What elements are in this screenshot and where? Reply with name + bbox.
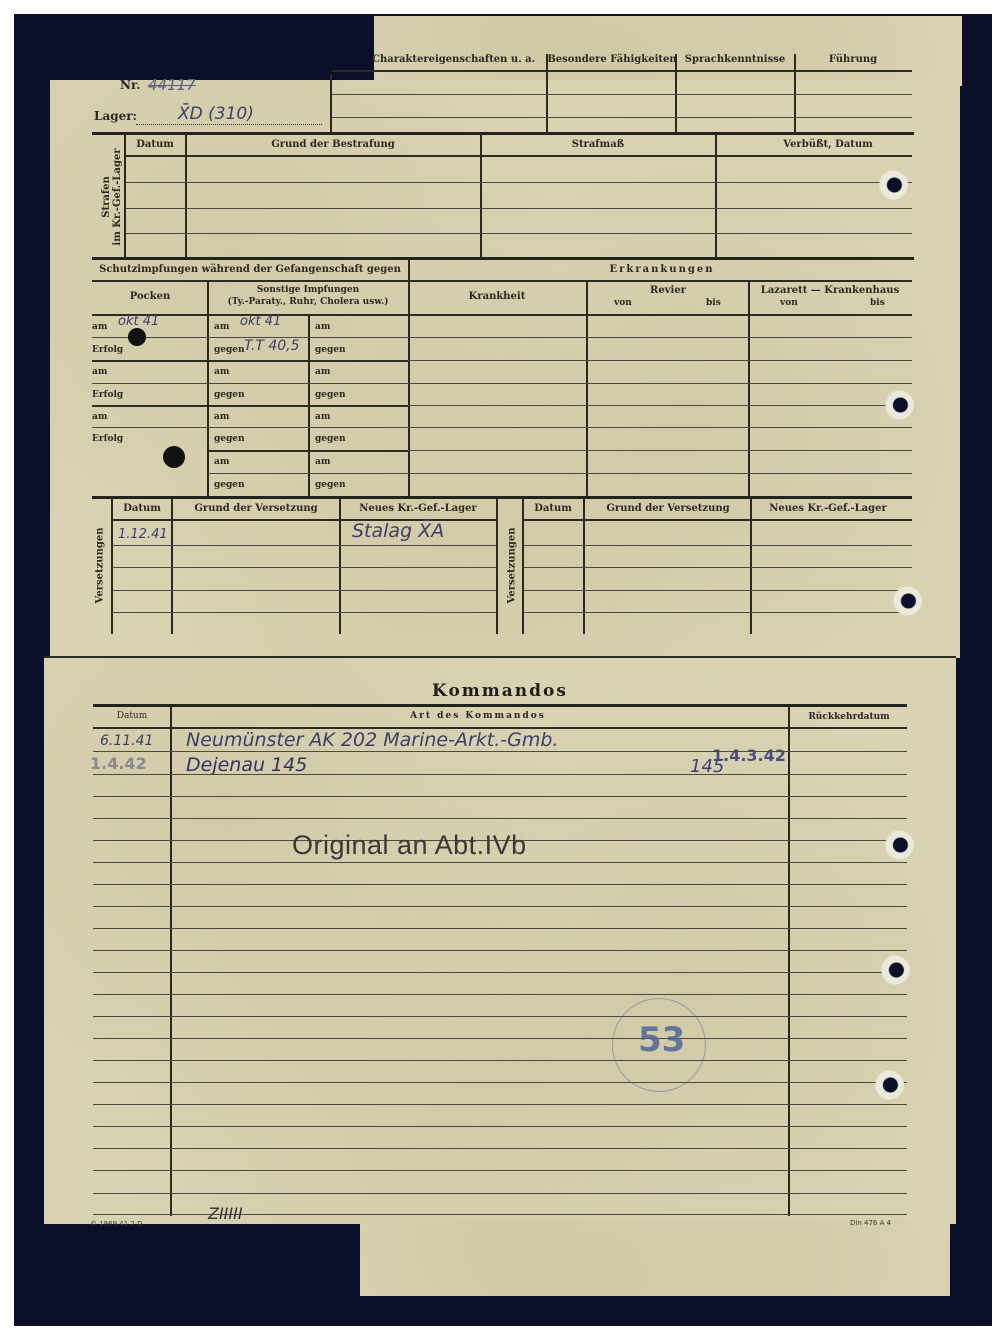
header-charaktereigenschaften: Charaktereigenschaften u. a. [372, 54, 535, 65]
rule [524, 612, 912, 613]
rule [112, 567, 496, 568]
rule [408, 473, 912, 474]
kommando-datum: 6.11.41 [100, 733, 153, 749]
revier-bis: bis [706, 298, 721, 308]
sonstige-label: am [315, 367, 330, 377]
sonstige-label: gegen [315, 480, 346, 490]
sonstige-label: gegen [214, 345, 245, 355]
pocken-label: am [92, 322, 107, 332]
rule [93, 1038, 907, 1039]
sonstige-header-1: Sonstige Impfungen [257, 285, 359, 295]
kommandos-header-art: Art des Kommandos [410, 711, 546, 721]
strafen-header-verbuesst: Verbüßt, Datum [783, 139, 873, 150]
sonstige-label: gegen [214, 434, 245, 444]
rule [92, 405, 408, 407]
kommandos-header-datum: Datum [117, 711, 148, 721]
strafen-header-strafmass: Strafmaß [572, 139, 625, 150]
rule [93, 862, 907, 863]
sonstige-label: gegen [315, 390, 346, 400]
sonstige-label: am [214, 457, 229, 467]
rule [93, 751, 907, 752]
rule [93, 704, 907, 707]
divider [480, 134, 482, 258]
revier-header: Revier [650, 285, 686, 296]
rule [332, 117, 912, 118]
lazarett-bis: bis [870, 298, 885, 308]
card-top-flap [374, 16, 962, 86]
rule [92, 427, 408, 428]
punch-hole [870, 1070, 904, 1100]
pocken-header: Pocken [130, 291, 171, 302]
rule [524, 590, 912, 591]
versetzung-header-datum: Datum [123, 503, 161, 514]
lager-dotted-line [136, 124, 322, 125]
card-bottom-flap [360, 1220, 950, 1296]
lazarett-von: von [780, 298, 798, 308]
rule [93, 1126, 907, 1127]
divider [170, 706, 172, 1216]
footer-print-right: Din 476 A 4 [850, 1219, 891, 1227]
rule [92, 383, 408, 384]
kommandos-header-rueckkehr: Rückkehrdatum [808, 712, 889, 722]
rule [92, 496, 912, 499]
rule [93, 1082, 907, 1083]
divider [675, 54, 677, 132]
kommando-datum-stamp: 1.4.42 [90, 754, 147, 773]
sonstige-header-2: (Ty.-Paraty., Ruhr, Cholera usw.) [227, 297, 388, 307]
rule [126, 208, 912, 209]
versetzung-header-grund: Grund der Versetzung [606, 503, 729, 514]
schutzimpfungen-title: Schutzimpfungen während der Gefangenscha… [99, 264, 401, 275]
rule [93, 796, 907, 797]
fold-line [44, 656, 956, 658]
punch-hole [874, 170, 908, 200]
kommando-art: Neumünster AK 202 Marine-Arkt.-Gmb. [186, 729, 558, 751]
rule [408, 383, 912, 384]
divider [546, 54, 548, 132]
sonstige-label: gegen [214, 480, 245, 490]
rule [208, 473, 408, 474]
divider [715, 134, 717, 258]
rule [93, 994, 907, 995]
sonstige-label: am [214, 367, 229, 377]
versetzung-datum: 1.12.41 [118, 527, 168, 542]
divider [748, 281, 750, 497]
divider [124, 134, 126, 258]
versetzungen-side-label: Versetzungen [507, 526, 518, 606]
erkrankungen-title: Erkrankungen [610, 264, 715, 275]
rule [93, 928, 907, 929]
divider [586, 281, 588, 497]
strafen-header-grund: Grund der Bestrafung [271, 139, 395, 150]
pocken-label: Erfolg [92, 390, 123, 400]
sonstige-label: gegen [214, 390, 245, 400]
versetzung-header-datum: Datum [534, 503, 572, 514]
rule [126, 182, 912, 183]
rule [93, 884, 907, 885]
rule [93, 774, 907, 775]
sonstige-value: T.T 40,5 [244, 338, 300, 354]
rule [92, 280, 912, 282]
rule [332, 70, 912, 72]
punch-hole [888, 586, 922, 616]
rule [93, 1170, 907, 1171]
rule [208, 450, 408, 452]
rule [93, 1060, 907, 1061]
rule [408, 337, 912, 338]
divider [408, 259, 410, 497]
punch-hole [880, 830, 914, 860]
rule [408, 427, 912, 428]
divider [788, 706, 790, 1216]
krankheit-header: Krankheit [469, 291, 526, 302]
rule [112, 590, 496, 591]
rule [93, 818, 907, 819]
versetzung-header-lager: Neues Kr.-Gef.-Lager [769, 503, 887, 514]
kommandos-title: Kommandos [432, 681, 568, 701]
pocken-label: Erfolg [92, 345, 123, 355]
versetzungen-side-label: Versetzungen [95, 526, 106, 606]
rule [92, 314, 912, 316]
rule [524, 519, 912, 521]
pocken-label: am [92, 412, 107, 422]
nr-value: 44117 [148, 76, 196, 94]
ink-blot [128, 328, 146, 346]
pocken-label: Erfolg [92, 434, 123, 444]
rule [408, 360, 912, 361]
side-label-line1: Strafen [101, 176, 112, 218]
strafen-header-datum: Datum [136, 139, 174, 150]
divider [185, 134, 187, 258]
circle-stamp-number: 53 [638, 1020, 685, 1060]
sonstige-label: gegen [315, 434, 346, 444]
header-sprachkenntnisse: Sprachkenntnisse [685, 54, 785, 65]
rule [332, 94, 912, 95]
lazarett-header: Lazarett — Krankenhaus [761, 285, 899, 296]
strafen-side-label: Strafenim Kr.-Gef.-Lager [101, 147, 123, 247]
rule [524, 567, 912, 568]
kommando-art: Dejenau 145 [186, 754, 307, 776]
sonstige-label: am [315, 412, 330, 422]
sonstige-label: am [214, 412, 229, 422]
sonstige-label: am [315, 322, 330, 332]
header-besondere-faehigkeiten: Besondere Fähigkeiten [547, 54, 676, 65]
sonstige-value: okt 41 [240, 314, 281, 329]
rule [93, 950, 907, 951]
sonstige-label: gegen [315, 345, 346, 355]
rule [112, 545, 496, 546]
rule [92, 257, 914, 260]
footer-print-left: © 1969 41 2 D. [90, 1220, 145, 1228]
lager-value: X̄D (310) [178, 104, 254, 124]
rule [126, 233, 912, 234]
rule [92, 360, 408, 362]
lager-label: Lager: [94, 109, 137, 123]
rule [93, 972, 907, 973]
rule [93, 1148, 907, 1149]
versetzung-lager: Stalag X̄A [352, 520, 444, 542]
rule [93, 906, 907, 907]
divider [794, 54, 796, 132]
revier-von: von [614, 298, 632, 308]
sonstige-label: am [315, 457, 330, 467]
pocken-label: am [92, 367, 107, 377]
rule [524, 545, 912, 546]
ink-blot [163, 446, 185, 468]
header-fuehrung: Führung [829, 54, 877, 65]
footer-handwritten: ZIIIII [208, 1204, 243, 1223]
typed-stamp-original: Original an Abt.IVb [292, 830, 527, 861]
rule [93, 1193, 907, 1194]
rule [93, 1104, 907, 1105]
punch-hole [880, 390, 914, 420]
side-label-line2: im Kr.-Gef.-Lager [112, 148, 123, 245]
punch-hole [876, 955, 910, 985]
divider [496, 498, 498, 634]
rule [92, 132, 914, 135]
sonstige-label: am [214, 322, 229, 332]
divider [330, 74, 332, 132]
nr-label: Nr. [120, 78, 140, 92]
rule [408, 405, 912, 406]
versetzung-header-grund: Grund der Versetzung [194, 503, 317, 514]
rule [112, 612, 496, 613]
versetzung-header-lager: Neues Kr.-Gef.-Lager [359, 503, 477, 514]
rule [408, 450, 912, 451]
rule [126, 155, 912, 157]
rule [93, 1016, 907, 1017]
pocken-value: okt 41 [118, 314, 159, 329]
